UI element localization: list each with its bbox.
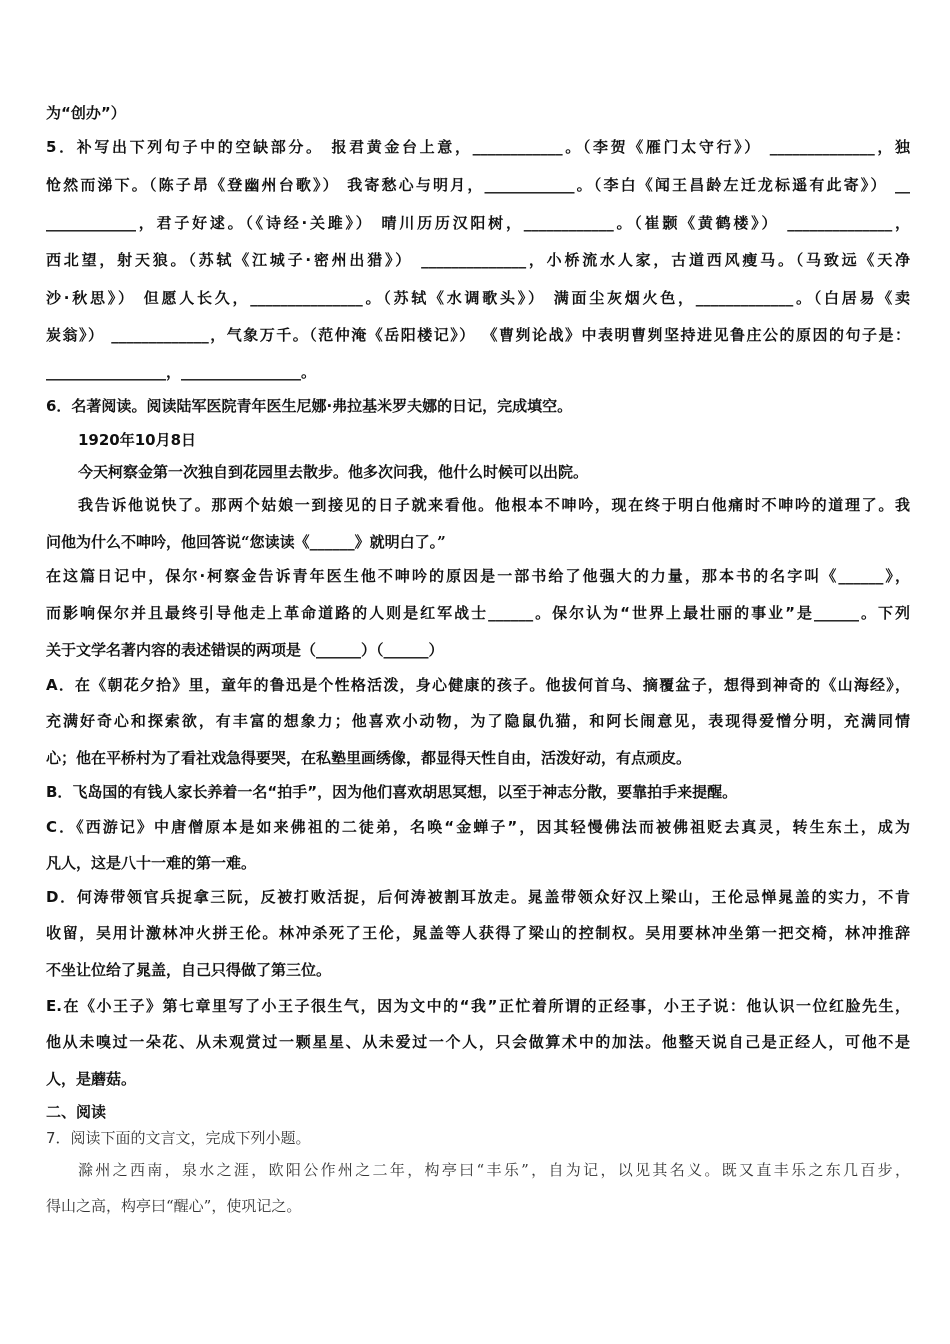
question-6-text: 而影响保尔并且最终引导他走上革命道路的人则是红军战士______。保尔认为“世界… [46,603,910,623]
option-c: 凡人，这是八十一难的第一难。 [46,853,910,873]
option-a: 充满好奇心和探索欲，有丰富的想象力；他喜欢小动物，为了隐鼠仇猫，和阿长闹意见，表… [46,711,910,731]
option-d: 收留，吴用计激林冲火拼王伦。林冲杀死了王伦，晁盖等人获得了梁山的控制权。吴用要林… [46,923,910,943]
question-6-text: 关于文学名著内容的表述错误的两项是（______）（______） [46,640,910,660]
question-5-blanks: ________________，________________。 [46,362,910,382]
question-7-prompt: 7．阅读下面的文言文，完成下列小题。 [46,1128,910,1148]
continuation-text: 为“创办”） [46,103,910,123]
option-a: A．在《朝花夕拾》里，童年的鲁迅是个性格活泼，身心健康的孩子。他拔何首乌、摘覆盆… [46,675,910,695]
diary-date: 1920年10月8日 [78,430,910,450]
question-5-line: 炭翁》） _____________，气象万千。（范仲淹《岳阳楼记》） 《曹刿论… [46,325,910,345]
option-a: 心；他在平桥村为了看社戏急得要哭，在私塾里画绣像，都显得天性自由，活泼好动，有点… [46,748,910,768]
question-6-prompt: 6．名著阅读。阅读陆军医院青年医生尼娜·弗拉基米罗夫娜的日记，完成填空。 [46,396,910,416]
question-5-prompt: 5．补写出下列句子中的空缺部分。 报君黄金台上意，____________。（李… [46,137,910,157]
classical-passage: 得山之高，构亭曰“醒心”，使巩记之。 [46,1196,910,1216]
diary-text: 问他为什么不呻吟，他回答说“您读读《______》就明白了。” [46,532,910,552]
classical-passage: 滁州之西南，泉水之涯，欧阳公作州之二年，构亭曰“丰乐”，自为记，以见其名义。既又… [78,1160,910,1180]
question-5-line: ____________，君子好逑。（《诗经·关雎》） 晴川历历汉阳树，____… [46,213,910,233]
question-5-line: 怆然而涕下。（陈子昂《登幽州台歌》） 我寄愁心与明月，____________。… [46,175,910,195]
section-heading: 二、阅读 [46,1102,910,1122]
diary-text: 今天柯察金第一次独自到花园里去散步。他多次问我，他什么时候可以出院。 [78,462,910,482]
diary-text: 我告诉他说快了。那两个姑娘一到接见的日子就来看他。他根本不呻吟，现在终于明白他痛… [78,495,910,515]
option-b: B．飞岛国的有钱人家长养着一名“拍手”，因为他们喜欢胡思冥想，以至于神志分散，要… [46,782,910,802]
question-6-text: 在这篇日记中，保尔·柯察金告诉青年医生他不呻吟的原因是一部书给了他强大的力量，那… [46,566,910,586]
option-e: E.在《小王子》第七章里写了小王子很生气，因为文中的“我”正忙着所谓的正经事，小… [46,996,910,1016]
option-e: 人，是蘑菇。 [46,1069,910,1089]
option-d: D．何涛带领官兵捉拿三阮，反被打败活捉，后何涛被割耳放走。晁盖带领众好汉上梁山，… [46,887,910,907]
option-d: 不坐让位给了晁盖，自己只得做了第三位。 [46,960,910,980]
question-5-line: 沙·秋思》） 但愿人长久，_______________。（苏轼《水调歌头》） … [46,288,910,308]
option-c: C．《西游记》中唐僧原本是如来佛祖的二徒弟，名唤“金蝉子”，因其轻慢佛法而被佛祖… [46,817,910,837]
option-e: 他从未嗅过一朵花、从未观赏过一颗星星、从未爱过一个人，只会做算术中的加法。他整天… [46,1032,910,1052]
question-5-line: 西北望，射天狼。（苏轼《江城子·密州出猎》） ______________，小桥… [46,250,910,270]
